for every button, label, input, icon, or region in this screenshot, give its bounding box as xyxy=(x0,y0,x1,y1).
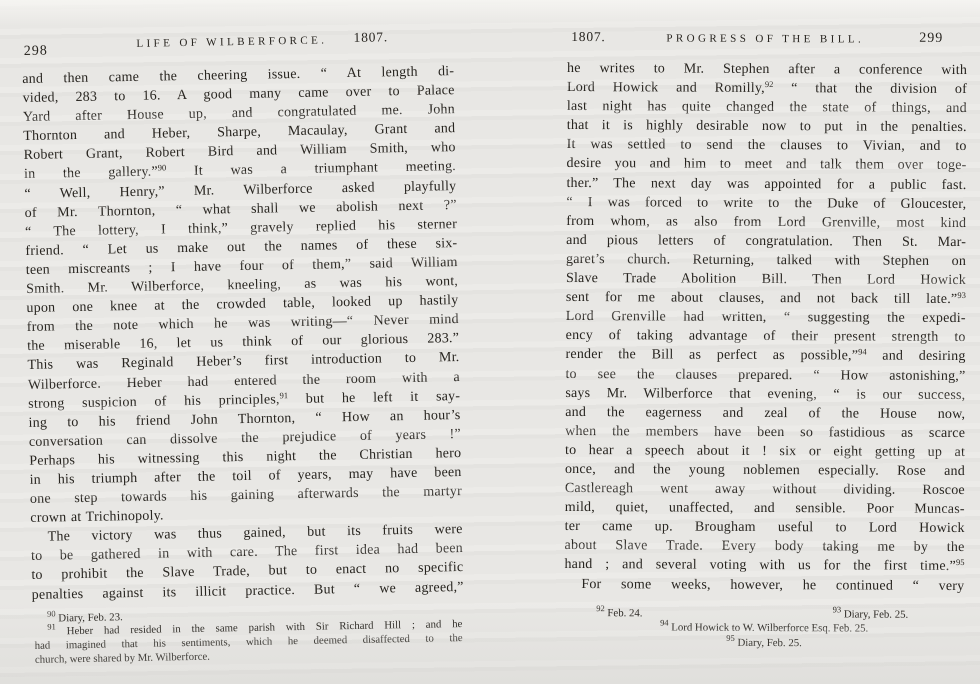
right-year-label: 1807. xyxy=(571,29,605,45)
left-page-number: 298 xyxy=(24,44,48,60)
text-line: once, and the young noblemen especially.… xyxy=(565,460,965,481)
text-line: when the members have been so fastidious… xyxy=(565,422,965,443)
text-line: and pious letters of congratulation. The… xyxy=(566,231,966,252)
book-scan: 298 LIFE OF WILBERFORCE. 1807. and then … xyxy=(0,0,980,684)
text-line: mild, quiet, unaffected, and sensible. P… xyxy=(565,498,965,519)
text-line: ency of taking advantage of their presen… xyxy=(566,326,966,347)
right-page: 1807. PROGRESS OF THE BILL. 299 he write… xyxy=(564,21,967,652)
right-footnotes: 92 Feb. 24. 93 Diary, Feb. 25. 94 Lord H… xyxy=(564,606,964,652)
text-line: It was settled to send the clauses to Vi… xyxy=(567,135,967,156)
text-line: ter came up. Brougham useful to Lord How… xyxy=(565,517,965,538)
text-line: Lord Howick and Romilly,92 “ that the di… xyxy=(567,78,967,99)
text-line: ther.” The next day was appointed for a … xyxy=(566,174,966,195)
text-line: hand ; and several voting with us for th… xyxy=(564,555,964,576)
text-line: sent for me about clauses, and not back … xyxy=(566,288,966,309)
left-page-body: and then came the cheering issue. “ At l… xyxy=(22,62,464,604)
text-line: about Slave Trade. Every body taking me … xyxy=(565,536,965,557)
text-line: last night has quite changed the state o… xyxy=(567,97,967,118)
text-line: and the eagerness and zeal of the House … xyxy=(565,403,965,424)
footnote-row-1: 92 Feb. 24. 93 Diary, Feb. 25. xyxy=(564,606,964,623)
left-page: 298 LIFE OF WILBERFORCE. 1807. and then … xyxy=(21,20,465,668)
text-line: garet’s church. Returning, talked with S… xyxy=(566,250,966,271)
text-line: to see the clauses prepared. “ How aston… xyxy=(565,364,965,385)
left-running-title: LIFE OF WILBERFORCE. xyxy=(136,34,327,49)
text-line: from whom, as also from Lord Grenville, … xyxy=(566,212,966,233)
right-page-header: 1807. PROGRESS OF THE BILL. 299 xyxy=(567,21,967,61)
text-line: desire you and him to meet and talk them… xyxy=(567,154,967,175)
footnote-93: 93 Diary, Feb. 25. xyxy=(833,607,909,622)
left-year-label: 1807. xyxy=(353,29,388,46)
text-line: Lord Grenville had written, “ suggesting… xyxy=(566,307,966,328)
left-footnotes: 90 Diary, Feb. 23.91 Heber had resided i… xyxy=(32,605,465,668)
right-page-body: he writes to Mr. Stephen after a confere… xyxy=(564,59,967,596)
text-line: “ I was forced to write to the Duke of G… xyxy=(566,193,966,214)
text-line: Slave Trade Abolition Bill. Then Lord Ho… xyxy=(566,269,966,290)
footnote-95: 95 Diary, Feb. 25. xyxy=(564,635,964,652)
text-line: For some weeks, however, he continued “ … xyxy=(564,574,964,595)
left-page-header: 298 LIFE OF WILBERFORCE. 1807. xyxy=(21,20,454,70)
text-line: render the Bill as perfect as possible,”… xyxy=(566,345,966,366)
text-line: Castlereagh went away without dividing. … xyxy=(565,479,965,500)
text-line: that it is highly desirable now to put i… xyxy=(567,116,967,137)
footnote-92: 92 Feb. 24. xyxy=(596,606,642,621)
text-line: says Mr. Wilberforce that evening, “ is … xyxy=(565,384,965,405)
text-line: to hear a speech about it ! six or eight… xyxy=(565,441,965,462)
text-line: he writes to Mr. Stephen after a confere… xyxy=(567,59,967,80)
right-running-title: PROGRESS OF THE BILL. xyxy=(666,32,864,45)
right-page-number: 299 xyxy=(919,31,943,47)
